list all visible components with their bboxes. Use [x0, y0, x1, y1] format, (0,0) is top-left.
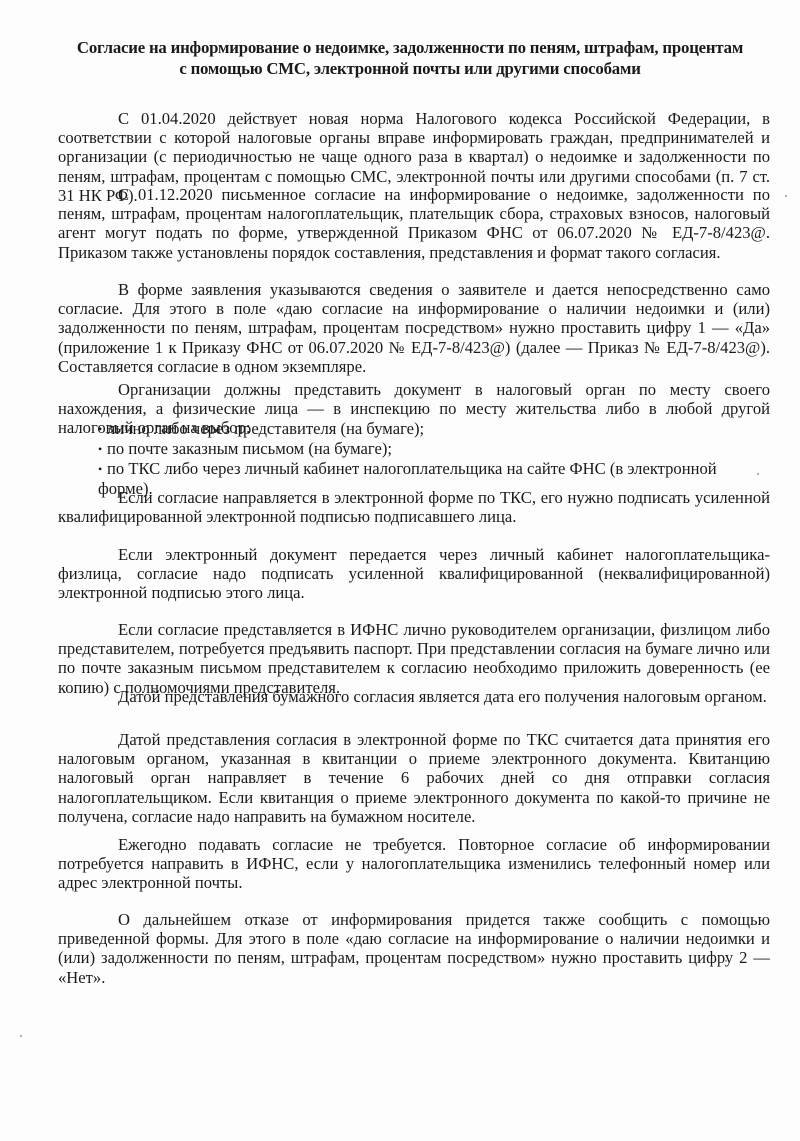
paragraph-written-consent: С 01.12.2020 письменное согласие на инфо…: [58, 185, 770, 262]
bullet-icon: •: [98, 420, 107, 439]
scan-speck: [757, 473, 759, 475]
list-item: •по почте заказным письмом (на бумаге);: [98, 439, 768, 459]
paragraph-in-person: Если согласие представляется в ИФНС личн…: [58, 620, 770, 697]
paragraph-personal-cabinet: Если электронный документ передается чер…: [58, 545, 770, 603]
paragraph-refusal: О дальнейшем отказе от информирования пр…: [58, 910, 770, 987]
list-item: •лично либо через представителя (на бума…: [98, 419, 768, 439]
paragraph-electronic-date: Датой представления согласия в электронн…: [58, 730, 770, 826]
paragraph-paper-date: Датой представления бумажного согласия я…: [58, 687, 770, 706]
paragraph-form-details: В форме заявления указываются сведения о…: [58, 280, 770, 376]
bullet-icon: •: [98, 440, 107, 459]
scan-speck: [725, 960, 727, 962]
scan-speck: [20, 1035, 22, 1037]
bullet-icon: •: [98, 460, 107, 479]
title-line-2: с помощью СМС, электронной почты или дру…: [60, 58, 760, 79]
scanned-document-page: Согласие на информирование о недоимке, з…: [0, 0, 800, 1141]
paragraph-annual: Ежегодно подавать согласие не требуется.…: [58, 835, 770, 893]
document-title: Согласие на информирование о недоимке, з…: [60, 37, 760, 79]
title-line-1: Согласие на информирование о недоимке, з…: [60, 37, 760, 58]
paragraph-tks-signature: Если согласие направляется в электронной…: [58, 488, 770, 526]
scan-speck: [785, 195, 787, 197]
submission-methods-list: •лично либо через представителя (на бума…: [98, 419, 768, 498]
